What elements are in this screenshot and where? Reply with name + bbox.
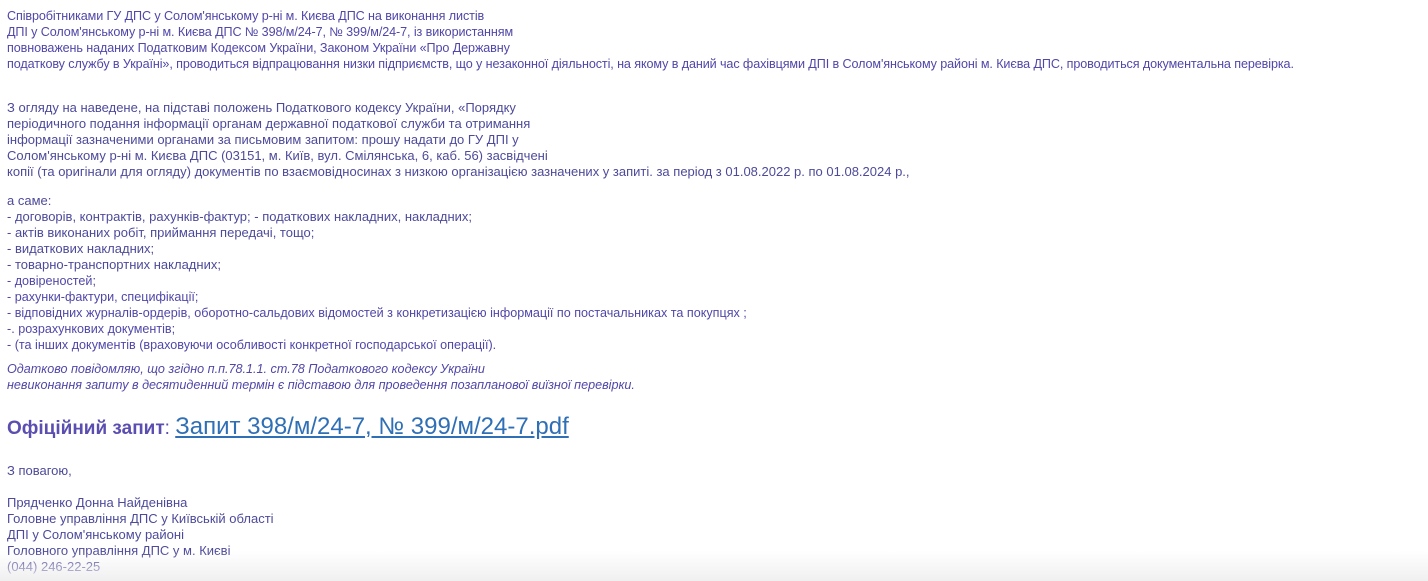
request-line: періодичного подання інформації органам … [7, 116, 910, 132]
official-request-label: Офіційний запит [7, 418, 165, 439]
intro-line: Співробітниками ГУ ДПС у Солом'янському … [7, 8, 1428, 24]
request-paragraph: З огляду на наведене, на підставі положе… [7, 100, 910, 180]
document-item: -. розрахункових документів; [7, 321, 747, 337]
request-line: інформації зазначеними органами за письм… [7, 132, 910, 148]
intro-line: ДПІ у Солом'янському р-ні м. Києва ДПС №… [7, 24, 1428, 40]
notice-line: Одатково повідомляю, що згідно п.п.78.1.… [7, 361, 635, 377]
intro-line: податкову службу в Україні», проводиться… [7, 56, 1428, 72]
email-body: Співробітниками ГУ ДПС у Солом'янському … [7, 8, 1428, 72]
signature-line: ДПІ у Солом'янському районі [7, 527, 274, 543]
document-item: - договорів, контрактів, рахунків-фактур… [7, 209, 747, 225]
request-line: Солом'янському р-ні м. Києва ДПС (03151,… [7, 148, 910, 164]
notice-paragraph: Одатково повідомляю, що згідно п.п.78.1.… [7, 361, 635, 393]
signature-line: Головного управління ДПС у м. Києві [7, 543, 274, 559]
notice-line: невиконання запиту в десятиденний термін… [7, 377, 635, 393]
official-request-separator: : [165, 418, 176, 439]
signature-closing: З повагою, [7, 463, 274, 479]
document-item: - (та інших документів (враховуючи особл… [7, 337, 747, 353]
document-item: - актів виконаних робіт, приймання перед… [7, 225, 747, 241]
document-item: - рахунки-фактури, специфікації; [7, 289, 747, 305]
document-item: - довіреностей; [7, 273, 747, 289]
document-item: - видаткових накладних; [7, 241, 747, 257]
document-item: - товарно-транспортних накладних; [7, 257, 747, 273]
signature-phone: (044) 246-22-25 [7, 559, 274, 575]
documents-list: а саме: - договорів, контрактів, рахункі… [7, 193, 747, 353]
official-request: Офіційний запит: Запит 398/м/24-7, № 399… [7, 413, 569, 441]
intro-paragraph: Співробітниками ГУ ДПС у Солом'янському … [7, 8, 1428, 72]
request-pdf-link[interactable]: Запит 398/м/24-7, № 399/м/24-7.pdf [175, 413, 569, 440]
intro-line: повноважень наданих Податковим Кодексом … [7, 40, 1428, 56]
signature: З повагою, Прядченко Донна Найденівна Го… [7, 463, 274, 575]
documents-heading: а саме: [7, 193, 747, 209]
document-item: - відповідних журналів-ордерів, оборотно… [7, 305, 747, 321]
signature-line: Головне управління ДПС у Київській облас… [7, 511, 274, 527]
signature-name: Прядченко Донна Найденівна [7, 495, 274, 511]
request-line: копії (та оригінали для огляду) документ… [7, 164, 910, 180]
request-line: З огляду на наведене, на підставі положе… [7, 100, 910, 116]
